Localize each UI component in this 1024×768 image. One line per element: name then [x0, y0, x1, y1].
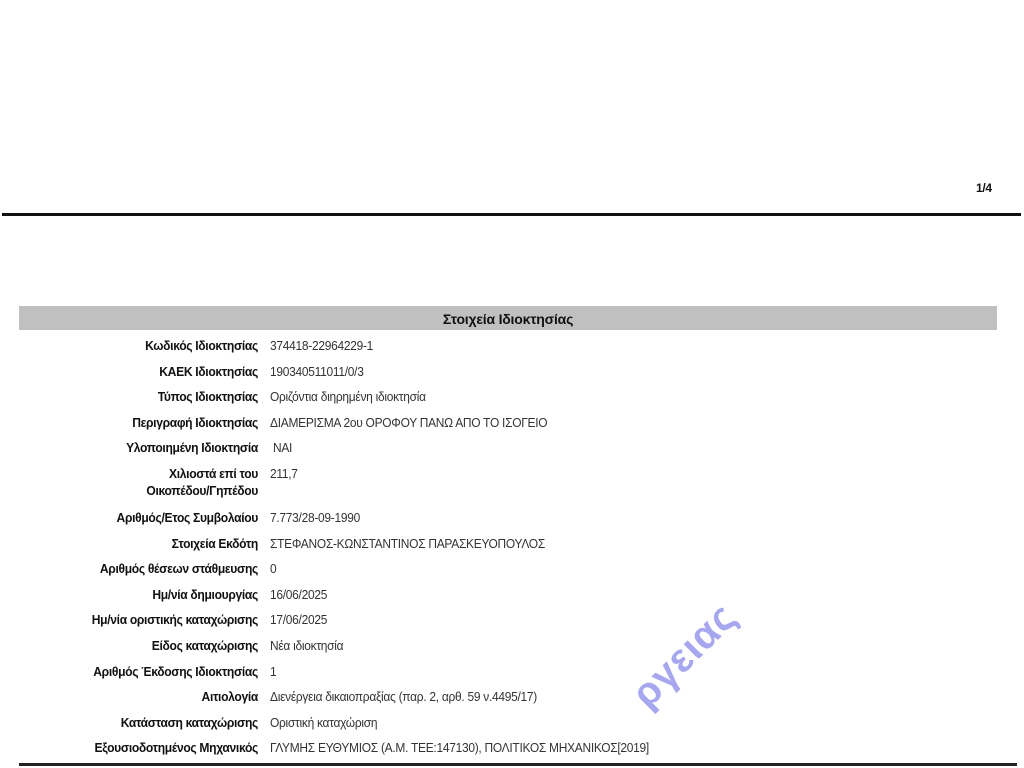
- field-value: 190340511011/0/3: [270, 360, 364, 380]
- field-label: Αριθμός/Ετος Συμβολαίου: [18, 506, 258, 526]
- property-details: Κωδικός Ιδιοκτησίας 374418-22964229-1 ΚΑ…: [0, 334, 1024, 762]
- field-label: Χιλιοστά επί του Οικοπέδου/Γηπέδου: [18, 462, 258, 499]
- section-title: Στοιχεία Ιδιοκτησίας: [19, 311, 997, 327]
- top-divider: [2, 213, 1021, 216]
- field-value: 211,7: [270, 462, 298, 482]
- field-value: ΣΤΕΦΑΝΟΣ-ΚΩΝΣΤΑΝΤΙΝΟΣ ΠΑΡΑΣΚΕΥΟΠΟΥΛΟΣ: [270, 532, 545, 552]
- field-realized-property: Υλοποιημένη Ιδιοκτησία ΝΑΙ: [0, 436, 1024, 462]
- field-value: Νέα ιδιοκτησία: [270, 634, 343, 654]
- field-value: Διενέργεια δικαιοπραξίας (παρ. 2, αρθ. 5…: [270, 685, 537, 705]
- field-label: Υλοποιημένη Ιδιοκτησία: [18, 436, 258, 456]
- field-label: Τύπος Ιδιοκτησίας: [18, 385, 258, 405]
- field-label-line1: Χιλιοστά επί του: [169, 466, 258, 481]
- field-creation-date: Ημ/νία δημιουργίας 16/06/2025: [0, 583, 1024, 609]
- field-value: 16/06/2025: [270, 583, 327, 603]
- field-property-type: Τύπος Ιδιοκτησίας Οριζόντια διηρημένη ιδ…: [0, 385, 1024, 411]
- field-label-line2: Οικοπέδου/Γηπέδου: [146, 483, 258, 498]
- field-value: ΔΙΑΜΕΡΙΣΜΑ 2ου ΟΡΟΦΟΥ ΠΑΝΩ ΑΠΟ ΤΟ ΙΣΟΓΕΙ…: [270, 411, 547, 431]
- field-justification: Αιτιολογία Διενέργεια δικαιοπραξίας (παρ…: [0, 685, 1024, 711]
- field-thousandths-of-plot: Χιλιοστά επί του Οικοπέδου/Γηπέδου 211,7: [0, 462, 1024, 506]
- field-final-registration-date: Ημ/νία οριστικής καταχώρισης 17/06/2025: [0, 608, 1024, 634]
- field-property-version: Αριθμός Έκδοσης Ιδιοκτησίας 1: [0, 660, 1024, 686]
- field-authorized-engineer: Εξουσιοδοτημένος Μηχανικός ΓΛΥΜΗΣ ΕΥΘΥΜΙ…: [0, 736, 1024, 762]
- field-value: Οριστική καταχώριση: [270, 711, 377, 731]
- field-parking-spaces: Αριθμός θέσεων στάθμευσης 0: [0, 557, 1024, 583]
- field-label: Αριθμός Έκδοσης Ιδιοκτησίας: [18, 660, 258, 680]
- field-label: ΚΑΕΚ Ιδιοκτησίας: [18, 360, 258, 380]
- field-value: 17/06/2025: [270, 608, 327, 628]
- bottom-divider: [19, 763, 1017, 766]
- field-label: Κωδικός Ιδιοκτησίας: [18, 334, 258, 354]
- field-label: Στοιχεία Εκδότη: [18, 532, 258, 552]
- field-property-description: Περιγραφή Ιδιοκτησίας ΔΙΑΜΕΡΙΣΜΑ 2ου ΟΡΟ…: [0, 411, 1024, 437]
- field-label: Αριθμός θέσεων στάθμευσης: [18, 557, 258, 577]
- field-label: Περιγραφή Ιδιοκτησίας: [18, 411, 258, 431]
- field-value: ΝΑΙ: [273, 436, 292, 456]
- field-value: 7.773/28-09-1990: [270, 506, 360, 526]
- field-value: 0: [270, 557, 276, 577]
- field-contract-number-year: Αριθμός/Ετος Συμβολαίου 7.773/28-09-1990: [0, 506, 1024, 532]
- field-value: Οριζόντια διηρημένη ιδιοκτησία: [270, 385, 426, 405]
- field-property-code: Κωδικός Ιδιοκτησίας 374418-22964229-1: [0, 334, 1024, 360]
- field-label: Αιτιολογία: [18, 685, 258, 705]
- field-label: Ημ/νία δημιουργίας: [18, 583, 258, 603]
- field-issuer-details: Στοιχεία Εκδότη ΣΤΕΦΑΝΟΣ-ΚΩΝΣΤΑΝΤΙΝΟΣ ΠΑ…: [0, 532, 1024, 558]
- field-value: 374418-22964229-1: [270, 334, 373, 354]
- field-value: 1: [270, 660, 276, 680]
- field-kaek: ΚΑΕΚ Ιδιοκτησίας 190340511011/0/3: [0, 360, 1024, 386]
- field-value: ΓΛΥΜΗΣ ΕΥΘΥΜΙΟΣ (Α.Μ. ΤΕΕ:147130), ΠΟΛΙΤ…: [270, 736, 649, 756]
- field-registration-status: Κατάσταση καταχώρισης Οριστική καταχώρισ…: [0, 711, 1024, 737]
- field-label: Ημ/νία οριστικής καταχώρισης: [18, 608, 258, 628]
- field-registration-type: Είδος καταχώρισης Νέα ιδιοκτησία: [0, 634, 1024, 660]
- field-label: Κατάσταση καταχώρισης: [18, 711, 258, 731]
- field-label: Είδος καταχώρισης: [18, 634, 258, 654]
- page-number: 1/4: [976, 181, 992, 195]
- section-header: Στοιχεία Ιδιοκτησίας: [19, 306, 997, 330]
- field-label: Εξουσιοδοτημένος Μηχανικός: [18, 736, 258, 756]
